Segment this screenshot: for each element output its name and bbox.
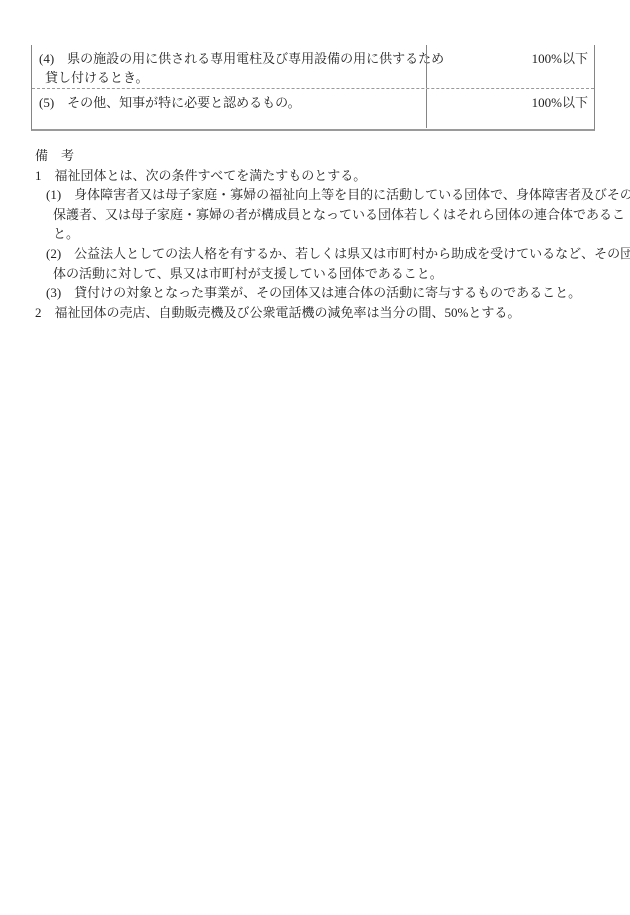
condition-text-line: 貸し付けるとき。	[45, 68, 418, 87]
condition-cell: (4) 県の施設の用に供される専用電柱及び専用設備の用に供するため貸し付けるとき…	[32, 45, 426, 88]
note-line: 1 福祉団体とは、次の条件すべてを満たすものとする。	[35, 166, 630, 186]
note-line: と。	[53, 224, 630, 244]
condition-text-line: (5) その他、知事が特に必要と認めるもの。	[39, 93, 418, 112]
condition-cell: (5) その他、知事が特に必要と認めるもの。	[32, 89, 426, 128]
note-line: (1) 身体障害者又は母子家庭・寡婦の福祉向上等を目的に活動している団体で、身体…	[46, 185, 630, 205]
note-line: 2 福祉団体の売店、自動販売機及び公衆電話機の減免率は当分の間、50%とする。	[35, 303, 630, 323]
remarks-section: 備 考1 福祉団体とは、次の条件すべてを満たすものとする。(1) 身体障害者又は…	[0, 146, 630, 322]
table-row: (5) その他、知事が特に必要と認めるもの。100%以下	[32, 89, 594, 128]
note-line: 保護者、又は母子家庭・寡婦の者が構成員となっている団体若しくはそれら団体の連合体…	[53, 205, 630, 225]
note-line: 体の活動に対して、県又は市町村が支援している団体であること。	[53, 264, 630, 284]
note-line: 備 考	[35, 146, 630, 166]
table-row: (4) 県の施設の用に供される専用電柱及び専用設備の用に供するため貸し付けるとき…	[32, 45, 594, 89]
note-line: (2) 公益法人としての法人格を有するか、若しくは県又は市町村から助成を受けてい…	[46, 244, 630, 264]
document-page: (4) 県の施設の用に供される専用電柱及び専用設備の用に供するため貸し付けるとき…	[0, 0, 630, 915]
rate-cell: 100%以下	[426, 89, 594, 128]
rate-cell: 100%以下	[426, 45, 594, 88]
note-line: (3) 貸付けの対象となった事業が、その団体又は連合体の活動に寄与するものである…	[46, 283, 630, 303]
reduction-rate-table: (4) 県の施設の用に供される専用電柱及び専用設備の用に供するため貸し付けるとき…	[31, 45, 595, 131]
condition-text-line: (4) 県の施設の用に供される専用電柱及び専用設備の用に供するため	[39, 49, 418, 68]
